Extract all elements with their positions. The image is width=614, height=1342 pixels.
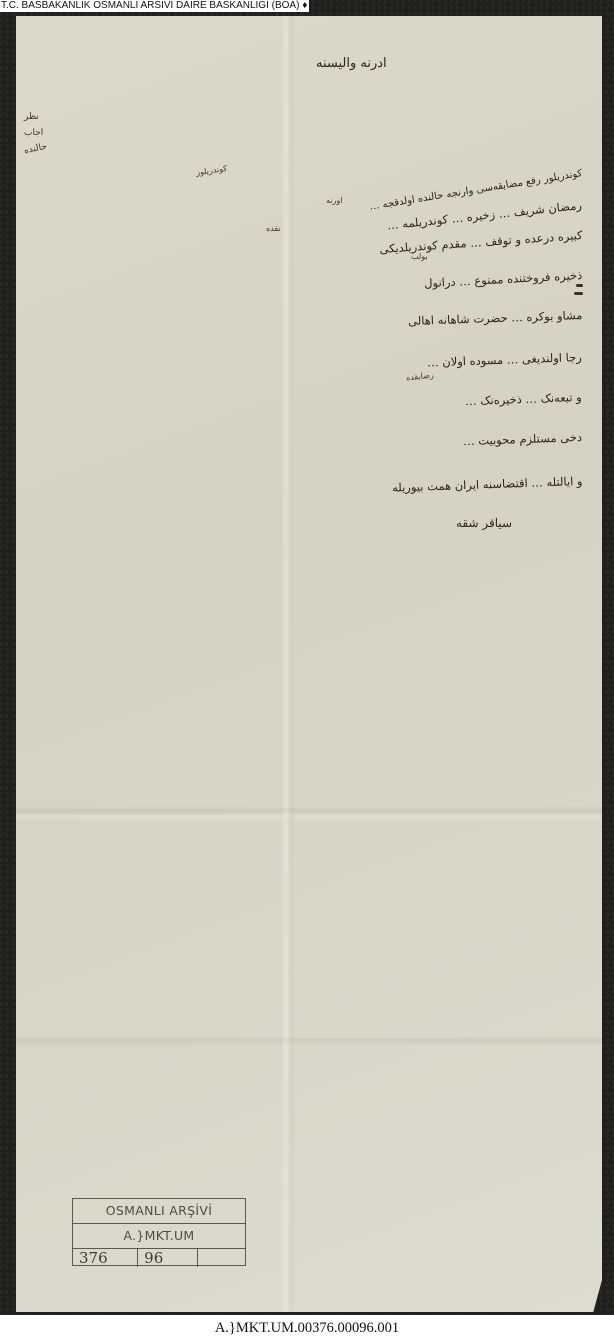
body-line: رجا اولندیغی … مسوده اولان … <box>427 350 582 369</box>
margin-note: حالنده <box>23 142 48 157</box>
scan-background: ادرنه والیسنه نظر اجاب حالنده کوندریلور … <box>0 0 614 1315</box>
body-line: دخی مستلزم محوبیت … <box>463 430 582 448</box>
interlinear-note: بولب <box>411 252 428 261</box>
body-line: و تبعه‌نک … ذخیره‌نک … <box>465 390 582 408</box>
interlinear-note: نقده <box>266 224 281 233</box>
archive-stamp: OSMANLI ARŞİVİ A.}MKT.UM 376 96 <box>72 1198 246 1266</box>
margin-note: اجاب <box>24 128 43 138</box>
interlinear-note: کوندریلور <box>196 164 228 177</box>
margin-mark <box>576 284 583 287</box>
body-line: کبیره درعده و توقف … مقدم کوندریلدیکی <box>379 228 583 256</box>
body-line: ذخیره فروختنده ممنوع … درانول <box>424 268 583 290</box>
interlinear-note: رضایقده <box>406 371 435 383</box>
margin-mark <box>574 292 583 295</box>
body-line: و ایالتله … اقتضاسنه ایران همت بیوریله <box>391 474 582 495</box>
stamp-folder-number: 376 <box>73 1249 138 1267</box>
interlinear-note: اورنه <box>326 196 342 205</box>
stamp-fond-code: A.}MKT.UM <box>73 1224 245 1249</box>
closing-signature: سياقر شقه <box>456 516 512 530</box>
stamp-document-number: 96 <box>138 1249 198 1267</box>
manuscript-page: ادرنه والیسنه نظر اجاب حالنده کوندریلور … <box>16 16 602 1312</box>
reference-caption: A.}MKT.UM.00376.00096.001 <box>0 1315 614 1342</box>
body-line: مشاو بوکره … حضرت شاهانه اهالی <box>407 308 582 328</box>
margin-note: نظر <box>24 112 39 122</box>
archive-header-label: T.C. BASBAKANLIK OSMANLI ARSIVI DAIRE BA… <box>0 0 309 12</box>
stamp-archive-name: OSMANLI ARŞİVİ <box>73 1199 245 1224</box>
document-heading: ادرنه والیسنه <box>316 56 387 71</box>
stamp-cells: 376 96 <box>73 1249 245 1267</box>
stamp-empty-cell <box>198 1249 245 1267</box>
